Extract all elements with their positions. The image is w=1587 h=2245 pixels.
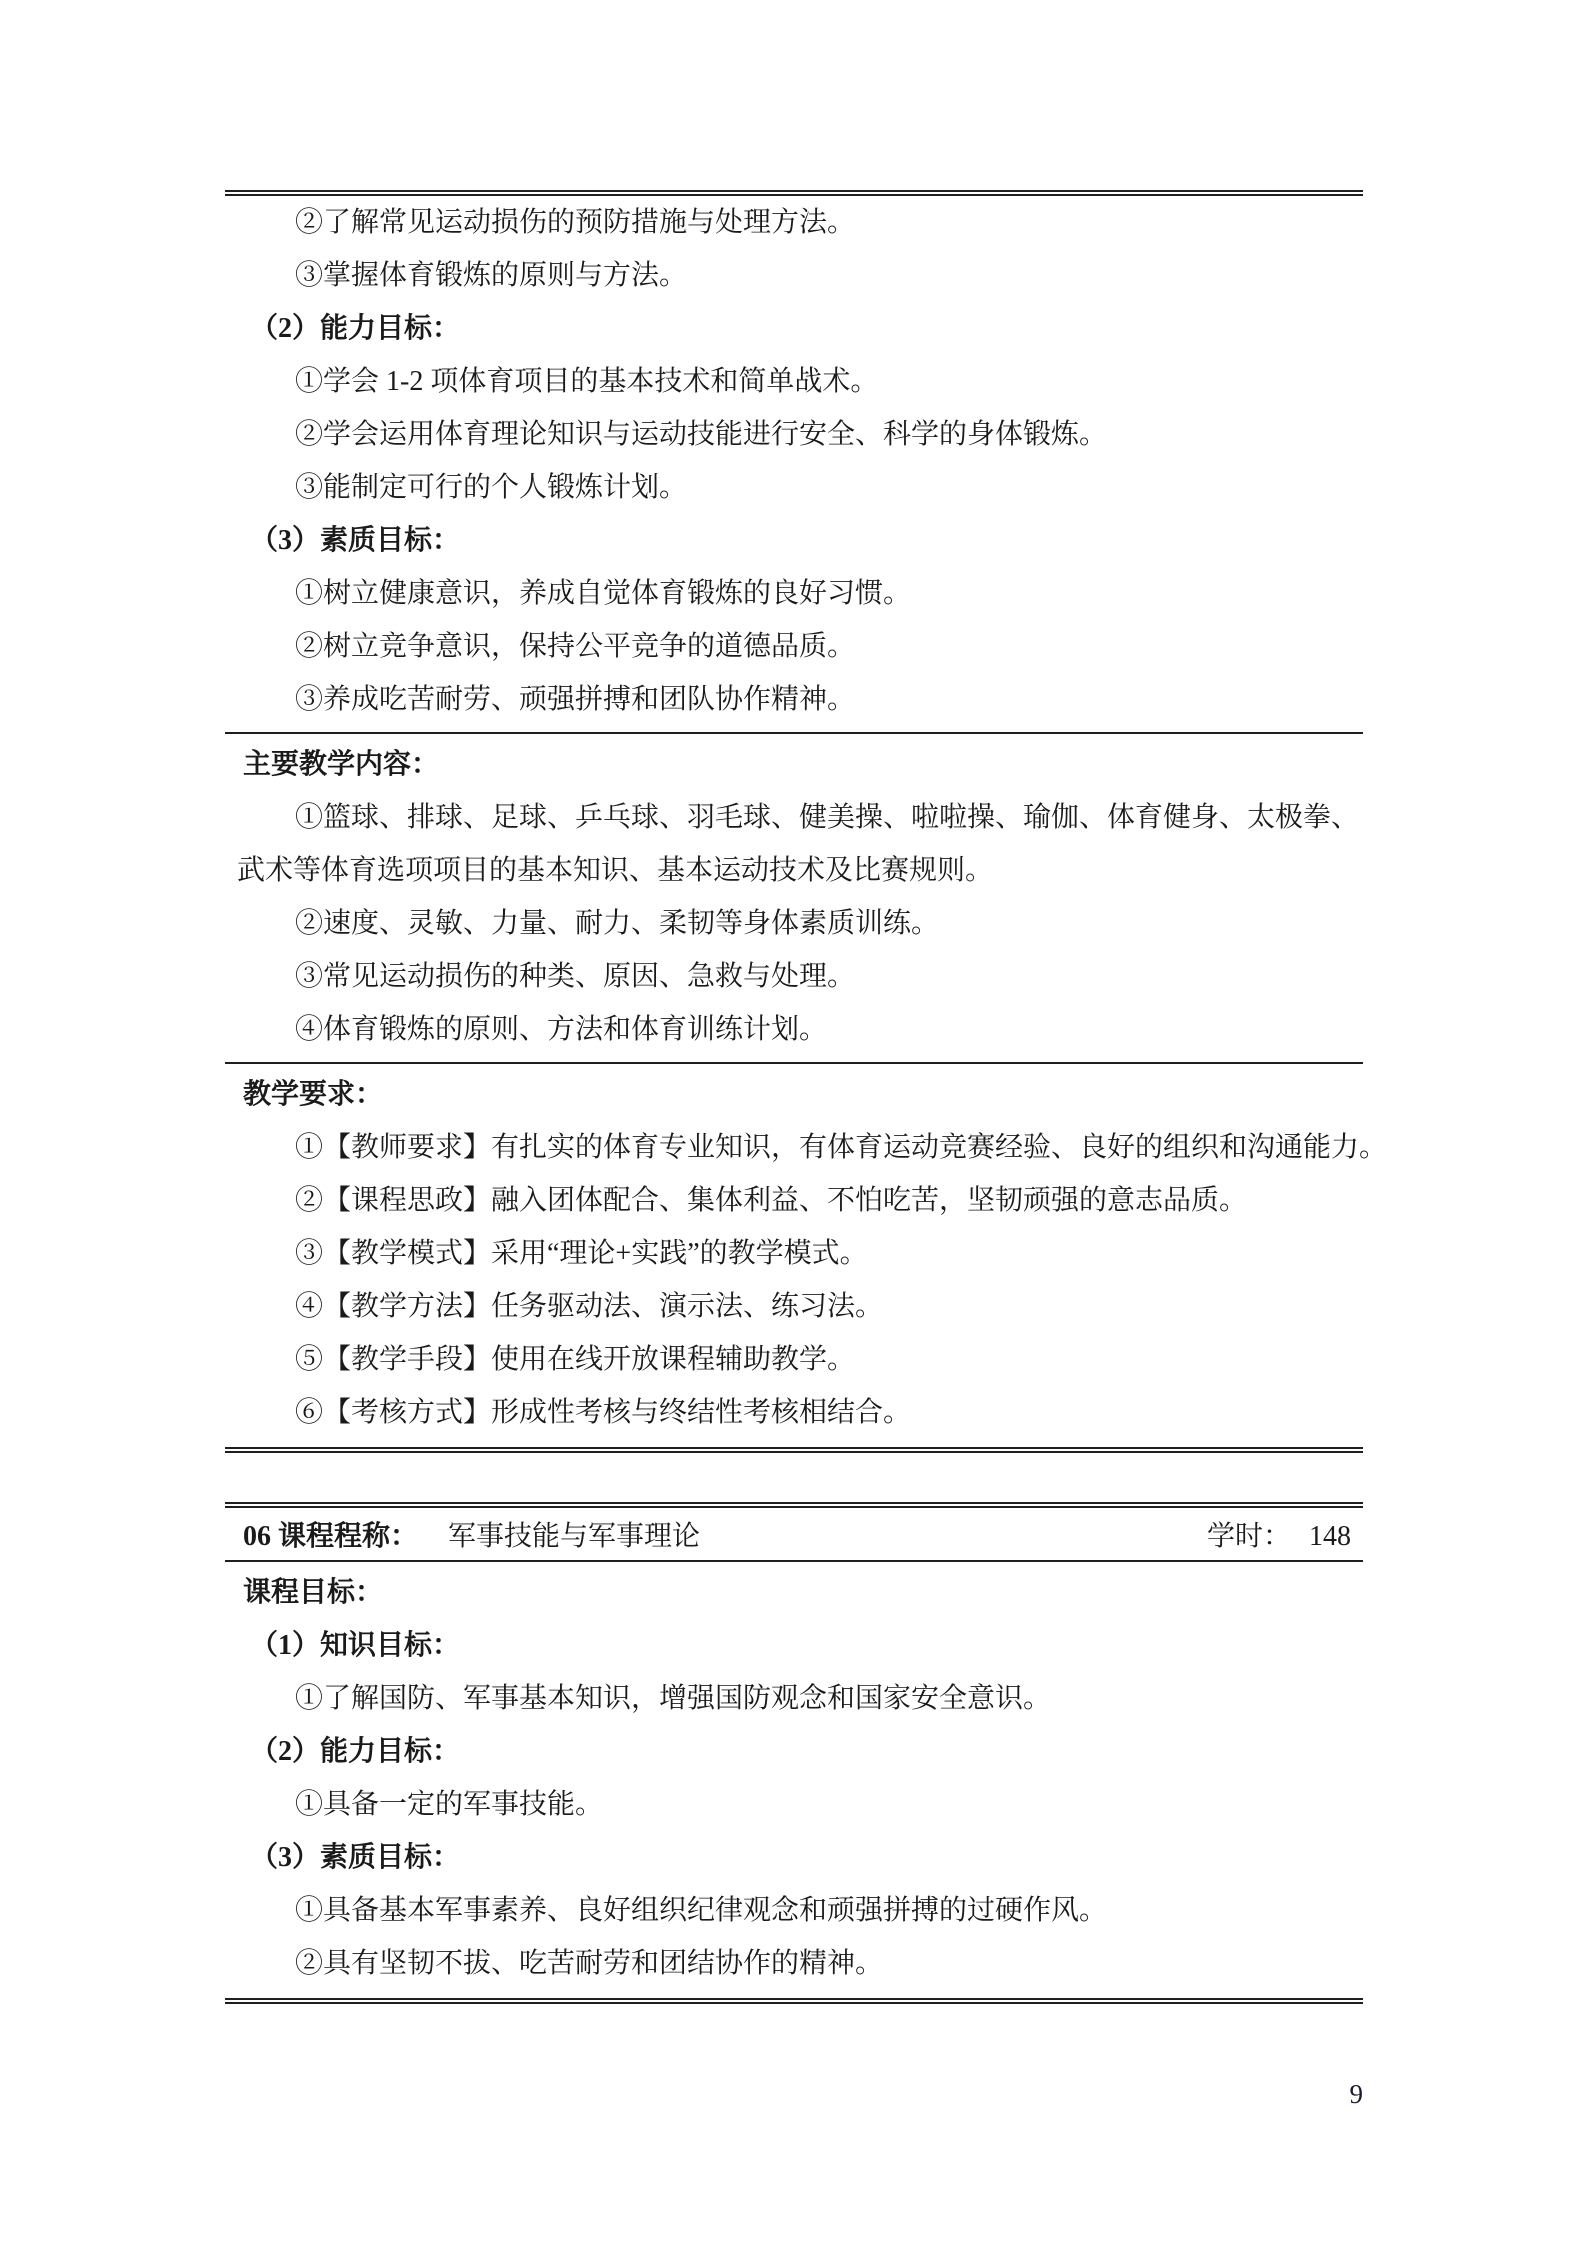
hours-label: 学时：	[1207, 1521, 1291, 1552]
subsection-heading-knowledge: （1）知识目标：	[225, 1619, 1363, 1672]
requirement-item: ⑤【教学手段】使用在线开放课程辅助教学。	[225, 1333, 1363, 1386]
goal-item: ②学会运用体育理论知识与运动技能进行安全、科学的身体锻炼。	[225, 408, 1363, 461]
goal-item: ①具备基本军事素养、良好组织纪律观念和顽强拼搏的过硬作风。	[225, 1884, 1363, 1937]
subsection-heading-ability: （2）能力目标：	[225, 1725, 1363, 1778]
divider-single	[225, 1062, 1363, 1064]
section-heading-teaching-content: 主要教学内容：	[225, 738, 1363, 791]
goal-item: ①具备一定的军事技能。	[225, 1778, 1363, 1831]
goal-item: ②具有坚韧不拔、吃苦耐劳和团结协作的精神。	[225, 1937, 1363, 1990]
goal-item: ③掌握体育锻炼的原则与方法。	[225, 249, 1363, 302]
subsection-heading-ability: （2）能力目标：	[225, 302, 1363, 355]
hours-value: 148	[1309, 1521, 1351, 1552]
subsection-heading-quality: （3）素质目标：	[225, 1831, 1363, 1884]
course-header-row: 06 课程程称：军事技能与军事理论 学时：148	[225, 1508, 1363, 1560]
page-content: ②了解常见运动损伤的预防措施与处理方法。 ③掌握体育锻炼的原则与方法。 （2）能…	[225, 190, 1363, 2004]
course-hours-group: 学时：148	[1207, 1514, 1351, 1554]
requirement-item: ①【教师要求】有扎实的体育专业知识，有体育运动竞赛经验、良好的组织和沟通能力。	[225, 1121, 1363, 1174]
page-number: 9	[225, 2078, 1365, 2110]
divider-single	[225, 1560, 1363, 1562]
divider-double-page-end	[225, 1998, 1363, 2004]
goal-item: ①了解国防、军事基本知识，增强国防观念和国家安全意识。	[225, 1672, 1363, 1725]
section-heading-teaching-requirements: 教学要求：	[225, 1068, 1363, 1121]
goal-item: ①学会 1-2 项体育项目的基本技术和简单战术。	[225, 355, 1363, 408]
document-page: ②了解常见运动损伤的预防措施与处理方法。 ③掌握体育锻炼的原则与方法。 （2）能…	[0, 0, 1587, 2245]
content-item: ④体育锻炼的原则、方法和体育训练计划。	[225, 1003, 1363, 1056]
course-title-group: 06 课程程称：军事技能与军事理论	[243, 1514, 700, 1554]
content-item: ②速度、灵敏、力量、耐力、柔韧等身体素质训练。	[225, 897, 1363, 950]
section-heading-course-goals: 课程目标：	[225, 1566, 1363, 1619]
goal-item: ②树立竞争意识，保持公平竞争的道德品质。	[225, 620, 1363, 673]
section-gap	[225, 1453, 1363, 1502]
content-item: ①篮球、排球、足球、乒乓球、羽毛球、健美操、啦啦操、瑜伽、体育健身、太极拳、	[225, 791, 1363, 844]
divider-single	[225, 732, 1363, 734]
subsection-heading-quality: （3）素质目标：	[225, 514, 1363, 567]
goal-item: ①树立健康意识，养成自觉体育锻炼的良好习惯。	[225, 567, 1363, 620]
content-item-continuation: 武术等体育选项项目的基本知识、基本运动技术及比赛规则。	[225, 844, 1363, 897]
requirement-item: ⑥【考核方式】形成性考核与终结性考核相结合。	[225, 1386, 1363, 1439]
requirement-item: ④【教学方法】任务驱动法、演示法、练习法。	[225, 1280, 1363, 1333]
goal-item: ③能制定可行的个人锻炼计划。	[225, 461, 1363, 514]
course-code-label: 06 课程程称：	[243, 1521, 418, 1552]
content-item: ③常见运动损伤的种类、原因、急救与处理。	[225, 950, 1363, 1003]
requirement-item: ②【课程思政】融入团体配合、集体利益、不怕吃苦，坚韧顽强的意志品质。	[225, 1174, 1363, 1227]
requirement-item: ③【教学模式】采用“理论+实践”的教学模式。	[225, 1227, 1363, 1280]
course-name: 军事技能与军事理论	[448, 1521, 700, 1552]
goal-item: ②了解常见运动损伤的预防措施与处理方法。	[225, 196, 1363, 249]
goal-item: ③养成吃苦耐劳、顽强拼搏和团队协作精神。	[225, 673, 1363, 726]
